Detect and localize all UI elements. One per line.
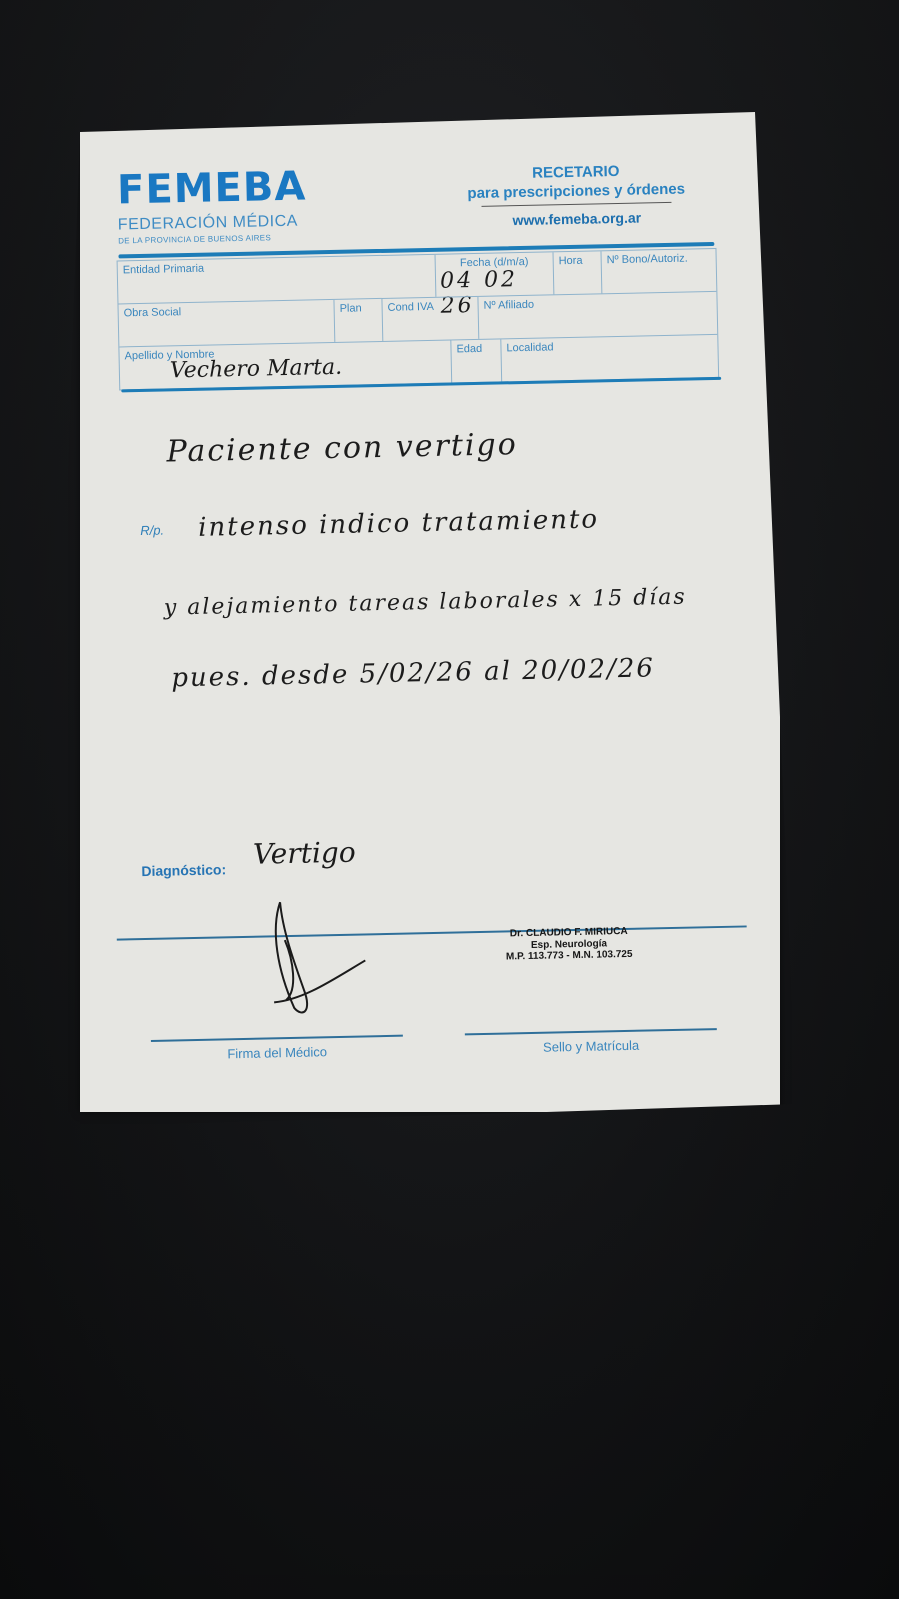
doctor-signature [262,898,374,1020]
entidad-primaria-label: Entidad Primaria [123,258,430,276]
signature-caption: Firma del Médico [151,1043,403,1063]
femeba-logo: FEMEBA [117,167,307,211]
hora-field[interactable]: Hora [553,251,602,294]
edad-field[interactable]: Edad [451,339,502,382]
diagnosis-value[interactable]: Vertigo [253,836,356,871]
form-subtitle: para prescripciones y órdenes [441,180,711,203]
plan-field[interactable]: Plan [334,299,383,342]
prescription-line: Paciente con vertigo [166,430,518,467]
rp-label: R/p. [140,523,164,538]
title-divider [482,202,672,207]
diagnosis-divider [117,925,747,940]
bono-label: Nº Bono/Autoriz. [607,252,711,266]
bono-field[interactable]: Nº Bono/Autoriz. [601,249,716,293]
entidad-primaria-field[interactable]: Entidad Primaria [118,255,437,304]
localidad-label: Localidad [506,338,712,354]
apellido-nombre-field[interactable]: Apellido y Nombre Vechero Marta. [119,340,452,389]
cond-iva-field[interactable]: Cond IVA [382,297,479,341]
prescription-line: y alejamiento tareas laborales x 15 días [164,587,687,620]
prescription-line: pues. desde 5/02/26 al 20/02/26 [171,655,655,691]
diagnosis-label: Diagnóstico: [141,861,226,879]
prescription-line: intenso indico tratamiento [198,506,599,540]
seal-caption: Sello y Matrícula [465,1036,717,1056]
plan-label: Plan [340,302,377,315]
stamp-registration: M.P. 113.773 - M.N. 103.725 [499,949,639,963]
fecha-field[interactable]: Fecha (d/m/a) 04 02 26 [436,252,555,296]
obra-social-label: Obra Social [124,303,329,319]
cond-iva-label: Cond IVA [387,300,472,314]
patient-info-form: Entidad Primaria Fecha (d/m/a) 04 02 26 … [117,248,720,391]
seal-line [465,1028,717,1035]
edad-label: Edad [456,343,495,356]
org-subtitle: DE LA PROVINCIA DE BUENOS AIRES [118,233,271,245]
org-name: FEDERACIÓN MÉDICA [118,213,298,235]
hora-label: Hora [559,254,596,267]
prescription-content: FEMEBA FEDERACIÓN MÉDICA DE LA PROVINCIA… [70,105,791,1119]
form-title-block: RECETARIO para prescripciones y órdenes … [441,161,712,230]
prescription-body[interactable]: Paciente con vertigo intenso indico trat… [166,425,786,438]
signature-line [151,1035,403,1042]
afiliado-field[interactable]: Nº Afiliado [478,292,717,339]
afiliado-label: Nº Afiliado [483,295,711,312]
prescription-paper: FEMEBA FEDERACIÓN MÉDICA DE LA PROVINCIA… [80,112,780,1112]
website-link: www.femeba.org.ar [442,208,712,230]
apellido-nombre-value: Vechero Marta. [170,355,343,384]
doctor-stamp: Dr. CLAUDIO F. MIRIUCA Esp. Neurología M… [499,926,640,963]
obra-social-field[interactable]: Obra Social [118,300,335,347]
localidad-field[interactable]: Localidad [501,335,718,382]
